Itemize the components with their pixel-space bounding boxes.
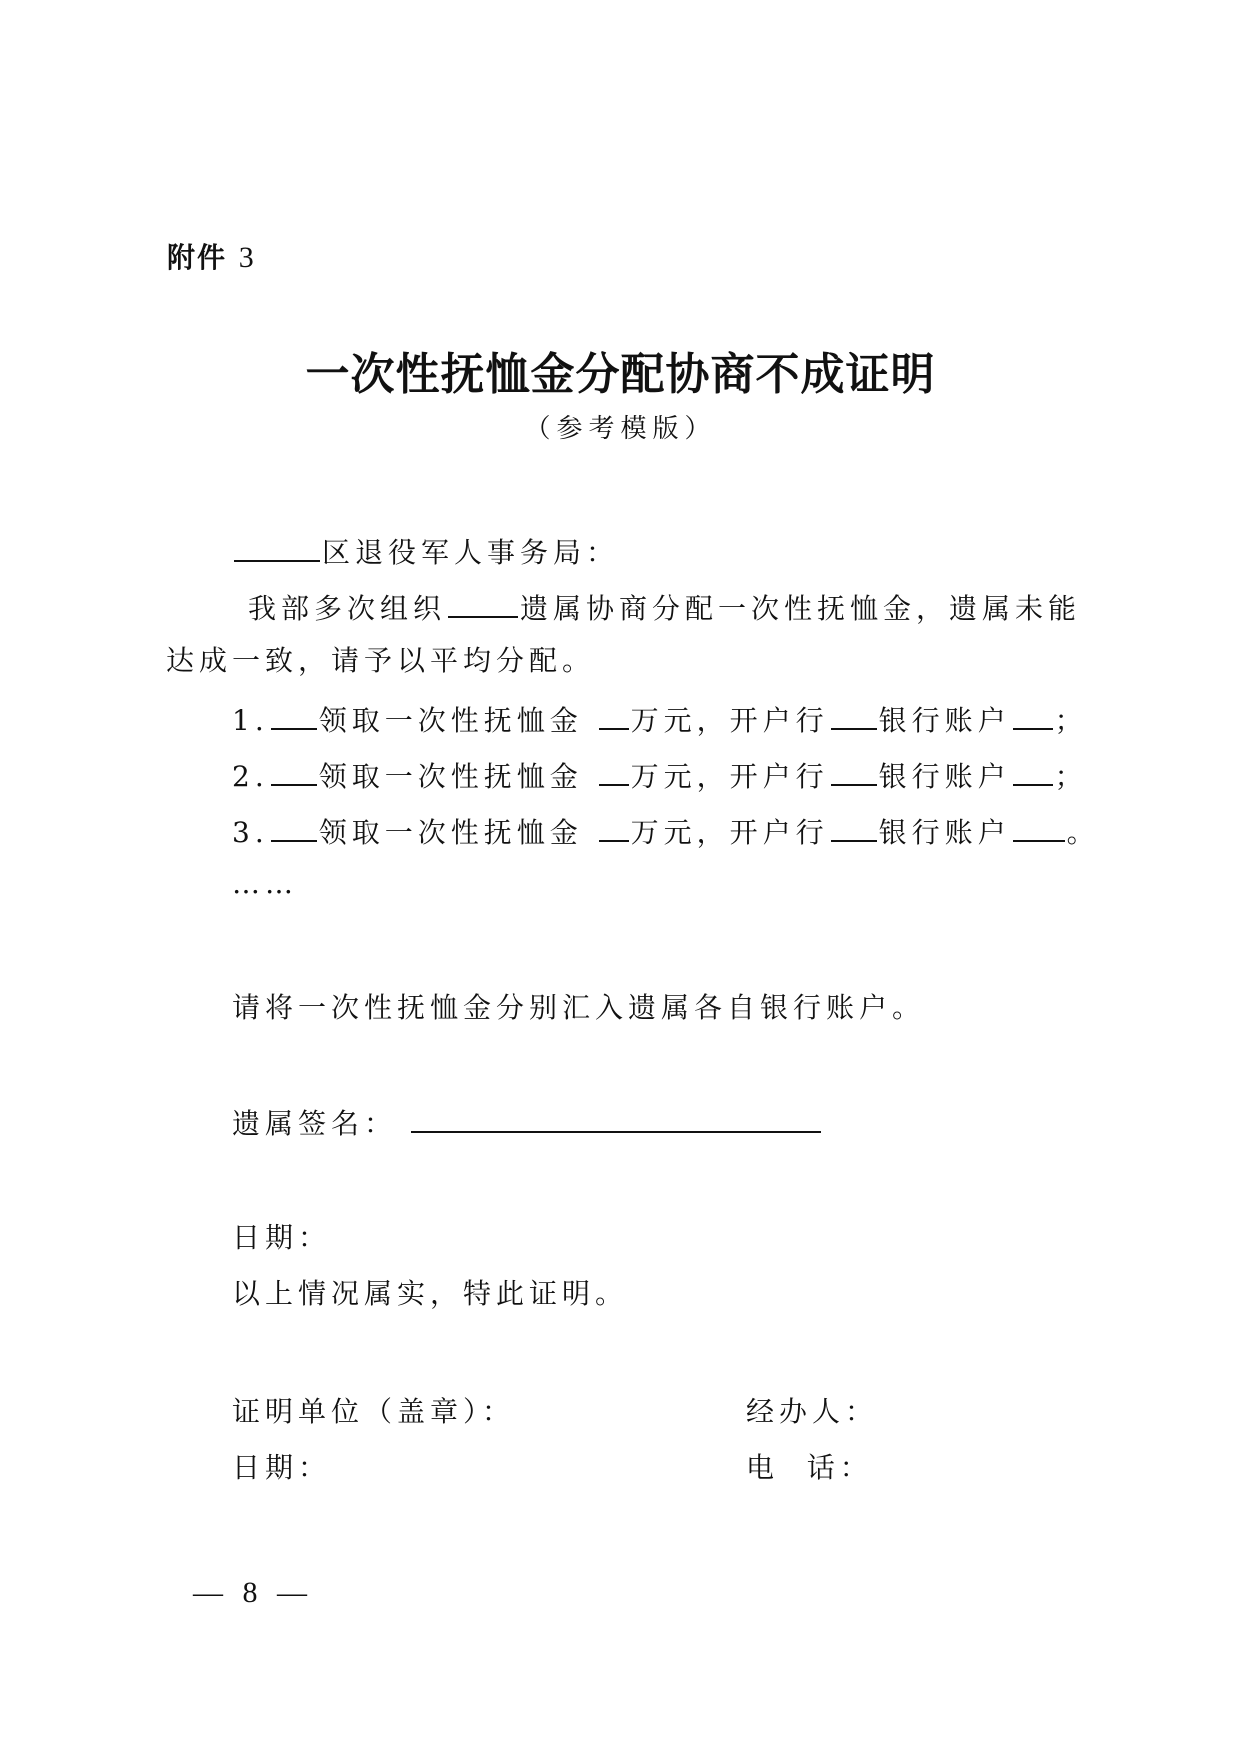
attachment-label: 附件 3 <box>167 236 256 276</box>
recipient-blank[interactable] <box>271 700 317 730</box>
survivor-date-label: 日期： <box>232 1220 331 1256</box>
bank-blank[interactable] <box>831 700 877 730</box>
item-text: 领取一次性抚恤金 <box>319 816 583 849</box>
signature-field[interactable] <box>411 1107 821 1133</box>
item-index: 3. <box>232 816 269 849</box>
unit-date-label: 日期： <box>232 1450 331 1486</box>
distribution-item-1: 1.领取一次性抚恤金 万元，开户行银行账户； <box>232 700 1088 739</box>
paragraph-1-prefix: 我部多次组织 <box>248 592 446 625</box>
recipient-blank[interactable] <box>271 812 317 842</box>
document-subtitle: （参考模版） <box>0 408 1241 445</box>
amount-blank[interactable] <box>599 700 629 730</box>
item-text: 万元，开户行 <box>631 816 829 849</box>
recipient-blank[interactable] <box>271 756 317 786</box>
paragraph-1-suffix: 遗属协商分配一次性抚恤金，遗属未能 <box>520 592 1081 625</box>
distribution-item-2: 2.领取一次性抚恤金 万元，开户行银行账户； <box>232 756 1088 795</box>
ellipsis: …… <box>232 866 298 902</box>
item-index: 2. <box>232 760 269 793</box>
item-text: 万元，开户行 <box>631 704 829 737</box>
signature-row: 遗属签名： <box>232 1106 821 1142</box>
item-text: 银行账户 <box>879 704 1011 737</box>
bank-blank[interactable] <box>831 812 877 842</box>
account-blank[interactable] <box>1013 812 1065 842</box>
item-text: 领取一次性抚恤金 <box>319 704 583 737</box>
paragraph-1-line-1: 我部多次组织遗属协商分配一次性抚恤金，遗属未能 <box>248 588 1081 627</box>
certifying-unit-label: 证明单位（盖章）： <box>232 1394 515 1430</box>
bank-blank[interactable] <box>831 756 877 786</box>
item-end: ； <box>1055 760 1088 793</box>
handler-label: 经办人： <box>746 1394 878 1430</box>
document-title: 一次性抚恤金分配协商不成证明 <box>0 338 1241 402</box>
certify-text: 以上情况属实，特此证明。 <box>232 1276 628 1312</box>
amount-blank[interactable] <box>599 812 629 842</box>
addressee-text: 区退役军人事务局： <box>322 536 619 569</box>
district-blank[interactable] <box>234 532 320 562</box>
page-number: — 8 — <box>193 1576 313 1610</box>
item-end: 。 <box>1067 816 1100 849</box>
amount-blank[interactable] <box>599 756 629 786</box>
attachment-label-text: 附件 <box>167 241 227 274</box>
item-index: 1. <box>232 704 269 737</box>
transfer-request: 请将一次性抚恤金分别汇入遗属各自银行账户。 <box>232 990 925 1026</box>
paragraph-1-line-2: 达成一致，请予以平均分配。 <box>166 643 595 679</box>
addressee-line: 区退役军人事务局： <box>232 532 619 571</box>
distribution-item-3: 3.领取一次性抚恤金 万元，开户行银行账户。 <box>232 812 1100 851</box>
item-end: ； <box>1055 704 1088 737</box>
item-text: 领取一次性抚恤金 <box>319 760 583 793</box>
item-text: 银行账户 <box>879 760 1011 793</box>
item-text: 银行账户 <box>879 816 1011 849</box>
account-blank[interactable] <box>1013 700 1053 730</box>
signature-label: 遗属签名： <box>232 1107 397 1140</box>
attachment-number: 3 <box>239 241 256 274</box>
organizer-blank[interactable] <box>448 588 518 618</box>
account-blank[interactable] <box>1013 756 1053 786</box>
phone-label: 电 话： <box>746 1450 873 1486</box>
item-text: 万元，开户行 <box>631 760 829 793</box>
